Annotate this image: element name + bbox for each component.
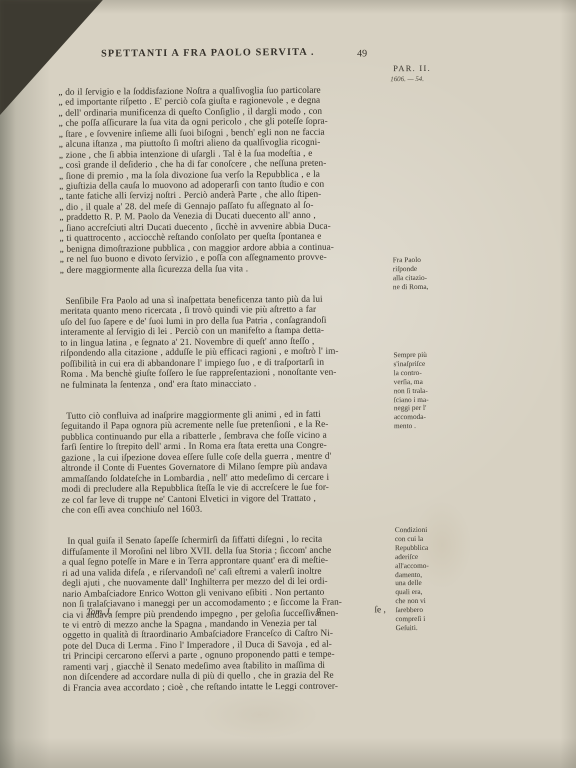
paragraph-controversy: Tutto ciò confluiva ad inaſprire maggior… [61, 409, 402, 516]
gathering-signature: g [316, 606, 321, 616]
catchword: ſe , [374, 605, 385, 615]
paragraph-senate-negotiations: In qual guiſa il Senato ſapeſſe ſchermir… [62, 535, 403, 694]
book-photo: SPETTANTI A FRA PAOLO SERVITA . 49 PAR. … [0, 0, 576, 768]
running-title: SPETTANTI A FRA PAOLO SERVITA . [101, 47, 315, 60]
printed-content: SPETTANTI A FRA PAOLO SERVITA . 49 PAR. … [0, 0, 576, 768]
margin-note-controversia: Sempre più s'inaſpriſce la contro- verſi… [393, 351, 450, 432]
tome-label: Tom. I. [86, 607, 112, 617]
margin-note-fra-paolo-risponde: Fra Paolo riſponde alla citazio- ne di R… [393, 256, 449, 292]
book-page: SPETTANTI A FRA PAOLO SERVITA . 49 PAR. … [0, 0, 576, 768]
margin-note-part-label: PAR. II. [393, 64, 431, 73]
margin-note-condizioni: Condizioni con cui la Repubblica aderiſc… [395, 526, 452, 633]
paragraph-fra-paolo-response: Senſibile Fra Paolo ad una sì inaſpettat… [60, 294, 401, 391]
paragraph-decree-quote: „ do il ſervigio e la ſoddisfazione Noſt… [58, 85, 399, 276]
page-number: 49 [357, 48, 367, 59]
